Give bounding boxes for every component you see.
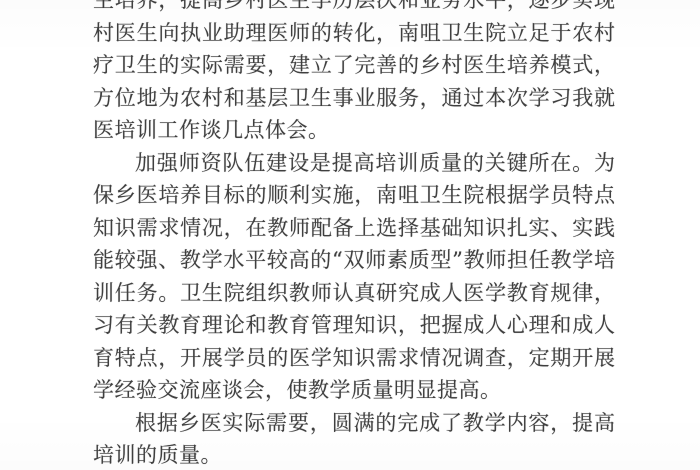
text-line-paragraph-end: 学经验交流座谈会，使教学质量明显提高。 [93, 374, 615, 407]
text-line: 方位地为农村和基层卫生事业服务，通过本次学习我就乡 [93, 82, 615, 115]
text-line: 知识需求情况，在教师配备上选择基础知识扎实、实践技 [93, 212, 615, 245]
text-line-paragraph-start: 加强师资队伍建设是提高培训质量的关键所在。为确 [93, 147, 615, 180]
text-line-paragraph-start: 根据乡医实际需要，圆满的完成了教学内容，提高了 [93, 407, 615, 440]
text-line: 疗卫生的实际需要，建立了完善的乡村医生培养模式，全 [93, 49, 615, 82]
text-line: 能较强、教学水平较高的“双师素质型”教师担任教学培 [93, 244, 615, 277]
text-line: 村医生向执业助理医师的转化，南咀卫生院立足于农村医 [93, 17, 615, 50]
document-page: 生培养，提高乡村医生学历层次和业务水平，逐步实现乡 村医生向执业助理医师的转化，… [0, 0, 700, 470]
document-text-block: 生培养，提高乡村医生学历层次和业务水平，逐步实现乡 村医生向执业助理医师的转化，… [93, 0, 615, 470]
text-line: 育特点，开展学员的医学知识需求情况调查，定期开展教 [93, 342, 615, 375]
text-line-clipped-top: 生培养，提高乡村医生学历层次和业务水平，逐步实现乡 [93, 0, 615, 17]
text-line-paragraph-end: 培训的质量。 [93, 439, 615, 470]
text-line-paragraph-end: 医培训工作谈几点体会。 [93, 114, 615, 147]
text-line: 训任务。卫生院组织教师认真研究成人医学教育规律，学 [93, 277, 615, 310]
text-line: 习有关教育理论和教育管理知识，把握成人心理和成人教 [93, 309, 615, 342]
text-line: 保乡医培养目标的顺利实施，南咀卫生院根据学员特点及 [93, 179, 615, 212]
